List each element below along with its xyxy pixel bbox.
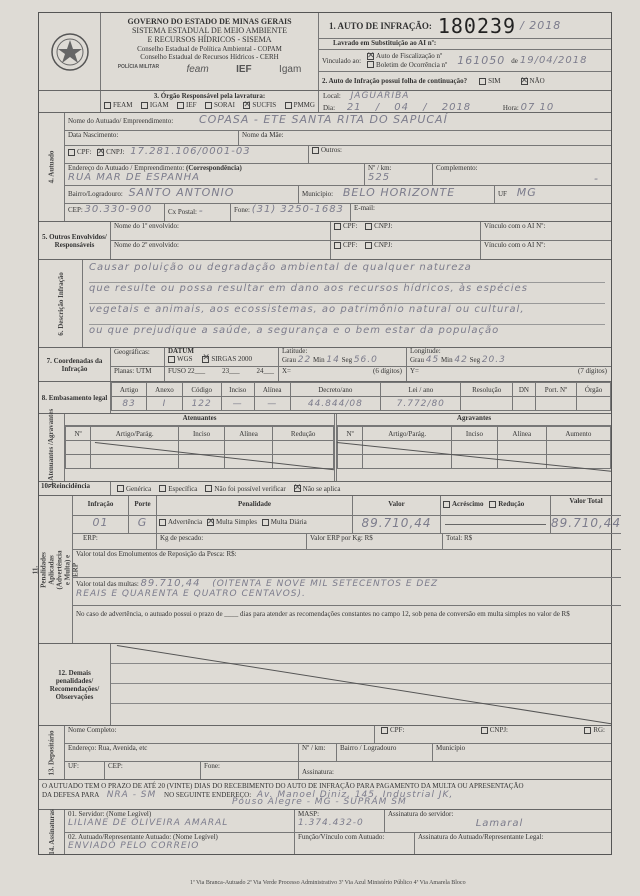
planas-label: Planas: UTM — [111, 367, 165, 381]
cep-label: CEP: — [68, 206, 83, 214]
substituicao-row: Lavrado em Substituição ao AI nº: — [319, 39, 611, 50]
lon-seg-label: Seg — [470, 356, 481, 364]
envolvido2-vinculo-field[interactable]: Vínculo com o AI Nº: — [481, 241, 611, 259]
porte-value: G — [129, 516, 157, 533]
reducao-checkbox[interactable] — [489, 501, 496, 508]
nao-label: NÃO — [530, 77, 545, 85]
prazo-para-value: NRA - SM — [107, 790, 157, 800]
local-label: Local: — [323, 92, 341, 100]
multa-diaria-checkbox[interactable] — [262, 519, 269, 526]
utm-y-field[interactable]: Y=(7 dígitos) — [407, 367, 611, 381]
embasamento-cell[interactable]: — — [254, 397, 290, 411]
checkbox[interactable] — [205, 485, 212, 492]
vinculado-row: Vinculado ao: Auto de Fiscalização nº Bo… — [319, 50, 611, 72]
embasamento-header: Lei / ano — [381, 383, 461, 397]
auto-fiscalizacao-checkbox[interactable] — [367, 53, 374, 60]
reincidencia-option[interactable]: Específica — [159, 485, 197, 493]
igam-checkbox[interactable] — [141, 102, 148, 109]
emolumentos-label: Valor total dos Emolumentos de Reposição… — [76, 550, 237, 558]
auto-label: 1. AUTO DE INFRAÇÃO: — [329, 21, 432, 31]
fone-value: (31) 3250-1683 — [252, 204, 344, 215]
table-header: Alínea — [497, 427, 546, 441]
pm-logo: POLÍCIA MILITAR — [118, 64, 159, 75]
masp-field[interactable]: MASP: 1.374.432-0 — [295, 810, 385, 832]
municipio-field[interactable]: Município: BELO HORIZONTE — [299, 186, 495, 203]
descricao-line-1: Causar poluição ou degradação ambiental … — [89, 262, 605, 283]
reincidencia-options: GenéricaEspecíficaNão foi possível verif… — [111, 485, 611, 493]
embasamento-header: Inciso — [221, 383, 254, 397]
dep-nome-field[interactable]: Nome Completo: — [65, 726, 375, 743]
table-cell[interactable] — [452, 441, 498, 455]
document-page: GOVERNO DO ESTADO DE MINAS GERAIS SISTEM… — [0, 0, 640, 896]
system-title-2: E RECURSOS HÍDRICOS - SISEMA — [104, 35, 315, 44]
advertencia-label: Advertência — [168, 518, 202, 526]
multas-extenso-2: REAIS E QUARENTA E QUATRO CENTAVOS). — [76, 589, 621, 599]
cxpostal-value: - — [199, 204, 204, 217]
atenuantes-section-label: 9. Atenuantes /Agravantes — [39, 414, 65, 481]
dep-uf-field[interactable]: UF: — [65, 762, 105, 779]
reincidencia-option-label: Específica — [168, 485, 197, 493]
penalidade-header: Penalidade — [157, 496, 353, 515]
endereco-label: Endereço do Autuado / Empreendimento: — [68, 164, 184, 172]
envolvido1-vinculo-label: Vínculo com o AI Nº: — [484, 222, 545, 230]
bairro-field[interactable]: Bairro/Logradouro: SANTO ANTONIO — [65, 186, 299, 203]
cpf-checkbox[interactable] — [68, 149, 75, 156]
via-footer-note: 1ª Via Branca-Autuado 2ª Via Verde Proce… — [190, 880, 466, 886]
embasamento-cell[interactable]: 83 — [112, 397, 147, 411]
reincidencia-option-label: Não se aplica — [303, 485, 341, 493]
prazo-text: O AUTUADO TEM O PRAZO DE ATÉ 20 (VINTE) … — [42, 782, 608, 790]
sirgas-checkbox[interactable] — [202, 356, 209, 363]
table-header: Inciso — [179, 427, 224, 441]
fuso24[interactable]: 24___ — [257, 367, 275, 381]
envolvido1-field[interactable]: Nome do 1º envolvido: — [111, 222, 331, 240]
dep-rg-label: RG: — [593, 726, 605, 734]
endereco-value: RUA MAR DE ESPANHA — [68, 172, 364, 183]
embasamento-cell[interactable]: 7.772/80 — [381, 397, 461, 411]
assinatura-servidor-value: Lamaral — [388, 818, 611, 829]
auto-de-infracao-form: GOVERNO DO ESTADO DE MINAS GERAIS SISTEM… — [38, 12, 612, 855]
feam-label: FEAM — [113, 101, 132, 109]
outros-section-label: 5. Outros Envolvidos/ Responsáveis — [39, 222, 111, 259]
email-label: E-mail: — [354, 204, 375, 212]
table-header: Aumento — [546, 427, 610, 441]
sim-checkbox[interactable] — [479, 78, 486, 85]
nome-autuado-field[interactable]: Nome do Autuado/ Empreendimento: COPASA … — [65, 113, 611, 131]
dia-value: 21 / 04 / 2018 — [347, 102, 471, 113]
multas-label: Valor total das multas: — [76, 580, 139, 588]
ief-logo: IEF — [236, 64, 252, 75]
auto-info: 1. AUTO DE INFRAÇÃO: 180239 / 2018 Lavra… — [319, 13, 611, 90]
bairro-label: Bairro/Logradouro: — [68, 190, 123, 198]
hora-label: Hora: — [503, 104, 519, 112]
utm-x-field[interactable]: X=(6 dígitos) — [279, 367, 407, 381]
envolvido2-cpf-label: CPF: — [343, 241, 357, 249]
boletim-label: Boletim de Ocorrência nº — [376, 61, 447, 69]
dep-municipio-field[interactable]: Município — [433, 744, 611, 761]
table-header: Nº — [338, 427, 363, 441]
descricao-section-label: 6. Descrição Infração — [39, 260, 83, 347]
x-label: X= — [282, 367, 291, 381]
auto-number-row: 1. AUTO DE INFRAÇÃO: 180239 / 2018 — [319, 13, 611, 39]
numero-value: 525 — [368, 172, 432, 183]
auto-fiscalizacao-date: 19/04/2018 — [520, 55, 588, 66]
embasamento-table: ArtigoAnexoCódigoIncisoAlíneaDecreto/ano… — [111, 382, 611, 411]
municipio-label: Município: — [302, 190, 333, 198]
table-cell[interactable] — [363, 455, 452, 469]
sorai-label: SORAI — [214, 101, 235, 109]
dep-num-field[interactable]: Nº / km: — [299, 744, 337, 761]
wgs-label: WGS — [177, 355, 193, 363]
total-erp-field[interactable]: Total: R$ — [443, 534, 621, 549]
table-row — [338, 441, 611, 455]
uf-field[interactable]: UF MG — [495, 186, 611, 203]
nome-autuado-label: Nome do Autuado/ Empreendimento: — [68, 117, 173, 125]
table-cell[interactable] — [91, 455, 179, 469]
table-row — [66, 455, 334, 469]
embasamento-header: Anexo — [147, 383, 183, 397]
fone-label: Fone: — [234, 206, 250, 214]
lat-grau: 22 — [298, 355, 311, 365]
pmmg-checkbox[interactable] — [285, 102, 292, 109]
table-header: Nº — [66, 427, 91, 441]
igam-logo: Igam — [279, 64, 301, 75]
assinatura-servidor-field[interactable]: Assinatura do servidor: Lamaral — [385, 810, 611, 832]
embasamento-cell[interactable]: 122 — [182, 397, 221, 411]
demais-section-label: 12. Demais penalidades/ Recomendações/ O… — [39, 644, 111, 725]
autuado-rep-field[interactable]: 02. Autuado/Representante Autuado: (Nome… — [65, 833, 295, 855]
valor-total-value: 89.710,44 — [551, 516, 621, 533]
table-cell[interactable] — [546, 441, 610, 455]
dep-rg-checkbox[interactable] — [584, 727, 591, 734]
embasamento-header: Port. Nº — [535, 383, 576, 397]
dep-cpf-checkbox[interactable] — [381, 727, 388, 734]
cpf-cnpj-field[interactable]: CPF: CNPJ: 17.281.106/0001-03 — [65, 146, 309, 163]
emolumentos-field[interactable]: Valor total dos Emolumentos de Reposição… — [73, 550, 621, 578]
feam-checkbox[interactable] — [104, 102, 111, 109]
descricao-line-3: vegetais e animais, aos ecossistemas, ao… — [89, 304, 605, 325]
system-title: SISTEMA ESTADUAL DE MEIO AMBIENTE — [104, 26, 315, 35]
nascimento-field[interactable]: Data Nascimento: — [65, 131, 239, 145]
nome-mae-field[interactable]: Nome da Mãe: — [239, 131, 611, 145]
table-cell[interactable] — [66, 455, 91, 469]
dep-fone-field[interactable]: Fone: — [201, 762, 299, 779]
feam-logo: feam — [186, 64, 208, 75]
autuado-rep-label: 02. Autuado/Representante Autuado: (Nome… — [68, 833, 294, 841]
embasamento-header: Órgão — [577, 383, 611, 397]
acrescimo-checkbox[interactable] — [443, 501, 450, 508]
multas-extenso: (OITENTA E NOVE MIL SETECENTOS E DEZ — [212, 579, 438, 589]
cnpj-value: 17.281.106/0001-03 — [130, 146, 250, 157]
agency-logos: POLÍCIA MILITAR feam IEF Igam — [104, 64, 315, 75]
orgao-title: 3. Órgão Responsável pela lavratura: — [104, 92, 315, 100]
mae-label: Nome da Mãe: — [242, 131, 284, 139]
outros-field[interactable]: Outros: — [309, 146, 611, 163]
valor-total-header: Valor Total — [551, 496, 621, 515]
email-field[interactable]: E-mail: — [351, 204, 611, 221]
embasamento-cell[interactable] — [513, 397, 536, 411]
sorai-checkbox[interactable] — [205, 102, 212, 109]
dia-label: Dia: — [323, 104, 335, 112]
lat-seg-label: Seg — [342, 356, 353, 364]
lat-grau-label: Grau — [282, 356, 296, 364]
dep-cnpj-label: CNPJ: — [490, 726, 508, 734]
table-header: Inciso — [452, 427, 498, 441]
embasamento-cell[interactable]: — — [221, 397, 254, 411]
infracao-header: Infração — [73, 496, 129, 515]
table-header: Artigo/Parág. — [363, 427, 452, 441]
orgao-section: 3. Órgão Responsável pela lavratura: FEA… — [101, 91, 319, 112]
y-digits: (7 dígitos) — [578, 367, 607, 381]
bairro-value: SANTO ANTONIO — [129, 186, 235, 199]
envolvido2-cnpj-label: CNPJ: — [374, 241, 392, 249]
geograficas-label: Geográficas: — [111, 348, 165, 366]
cxpostal-field[interactable]: Cx Postal: - — [165, 204, 231, 221]
municipio-value: BELO HORIZONTE — [343, 186, 455, 199]
prazo-text2: DA DEFESA PARA — [42, 791, 99, 799]
envolvido1-cpf-label: CPF: — [343, 222, 357, 230]
embasamento-header: Artigo — [112, 383, 147, 397]
gov-title: GOVERNO DO ESTADO DE MINAS GERAIS — [104, 17, 315, 26]
cep-value: 30.330-900 — [85, 204, 153, 215]
autuado-rep-value: ENVIADO PELO CORREIO — [68, 841, 294, 851]
complemento-label: Complemento: — [436, 164, 478, 172]
agravantes-table: NºArtigo/Parág.IncisoAlíneaAumento — [337, 426, 611, 469]
reducao-label: Redução — [498, 500, 524, 508]
envolvido1-label: Nome do 1º envolvido: — [114, 222, 179, 230]
nascimento-label: Data Nascimento: — [68, 131, 118, 139]
fuso23[interactable]: 23___ — [222, 367, 240, 381]
boletim-checkbox[interactable] — [367, 61, 374, 68]
cnpj-checkbox[interactable] — [97, 149, 104, 156]
embasamento-cell[interactable]: I — [147, 397, 183, 411]
latitude-field[interactable]: Latitude: Grau 22 Min 14 Seg 56.0 — [279, 348, 407, 366]
reincidencia-option[interactable]: Não foi possível verificar — [205, 485, 285, 493]
embasamento-header: Alínea — [254, 383, 290, 397]
assinatura-servidor-label: Assinatura do servidor: — [388, 810, 611, 818]
embasamento-header: Decreto/ano — [290, 383, 381, 397]
embasamento-cell[interactable] — [577, 397, 611, 411]
demais-field[interactable] — [111, 644, 611, 725]
cep-field[interactable]: CEP: 30.330-900 — [65, 204, 165, 221]
cxpostal-label: Cx Postal: — [168, 208, 197, 216]
porte-header: Porte — [129, 496, 157, 515]
lon-seg: 20.3 — [482, 355, 506, 365]
lat-min-label: Min — [313, 356, 325, 364]
nome-autuado-value: COPASA - ETE SANTA RITA DO SAPUCAÍ — [199, 113, 448, 126]
auto-number: 180239 — [438, 14, 516, 38]
lat-min: 14 — [326, 355, 339, 365]
pmmg-label: PMMG — [294, 101, 315, 109]
envolvido2-cnpj-checkbox[interactable] — [365, 242, 372, 249]
table-header: Alínea — [224, 427, 273, 441]
endereco-field[interactable]: Endereço do Autuado / Empreendimento: (C… — [65, 164, 365, 185]
ief-label: IEF — [186, 101, 197, 109]
outros-label: Outros: — [321, 146, 342, 154]
lon-grau: 45 — [426, 355, 439, 365]
envolvido2-label: Nome do 2º envolvido: — [114, 241, 179, 249]
fuso22[interactable]: FUSO 22___ — [168, 367, 205, 381]
dep-assinatura-field[interactable]: Assinatura: — [299, 762, 611, 779]
masp-label: MASP: — [298, 810, 384, 818]
multas-value: 89.710,44 — [141, 578, 201, 589]
acrescimo-label: Acréscimo — [452, 500, 483, 508]
wgs-checkbox[interactable] — [168, 356, 175, 363]
local-value: JAGUARIBA — [351, 91, 410, 101]
kg-pescado-field[interactable]: Kg de pescado: — [157, 534, 307, 549]
descricao-line-2: que resulte ou possa resultar em dano ao… — [89, 283, 605, 304]
dep-cnpj-checkbox[interactable] — [481, 727, 488, 734]
longitude-label: Longitude: — [410, 348, 611, 356]
coordenadas-section-label: 7. Coordenadas da Infração — [39, 348, 111, 381]
servidor-label: 01. Servidor: (Nome Legível) — [68, 810, 294, 818]
table-header: Redução — [273, 427, 334, 441]
embasamento-header: Resolução — [461, 383, 513, 397]
header-titles: GOVERNO DO ESTADO DE MINAS GERAIS SISTEM… — [101, 13, 319, 90]
multa-simples-label: Multa Simples — [216, 518, 257, 526]
lon-min-label: Min — [441, 356, 453, 364]
advertencia-checkbox[interactable] — [159, 519, 166, 526]
continuacao-row: 2. Auto de Infração possui folha de cont… — [319, 72, 611, 90]
igam-label: IGAM — [150, 101, 169, 109]
longitude-field[interactable]: Longitude: Grau 45 Min 42 Seg 20.3 — [407, 348, 611, 366]
outros-checkbox[interactable] — [312, 147, 319, 154]
sim-label: SIM — [488, 77, 500, 85]
multa-diaria-label: Multa Diária — [271, 518, 307, 526]
envolvido2-vinculo-label: Vínculo com o AI Nº: — [484, 241, 545, 249]
continuacao-label: 2. Auto de Infração possui folha de cont… — [322, 77, 467, 85]
cnpj-label: CNPJ: — [106, 148, 124, 156]
numero-field[interactable]: Nº / km: 525 — [365, 164, 433, 185]
masp-value: 1.374.432-0 — [298, 818, 384, 828]
auto-fiscalizacao-label: Auto de Fiscalização nº — [376, 52, 442, 60]
dep-cpf-label: CPF: — [390, 726, 404, 734]
servidor-value: LILIANE DE OLIVEIRA AMARAL — [68, 818, 294, 828]
council-2: Conselho Estadual de Recursos Hídricos -… — [104, 53, 315, 61]
autuado-section-label: 4. Autuado — [39, 113, 65, 221]
coat-of-arms — [39, 13, 101, 90]
agravantes-title: Agravantes — [337, 414, 611, 426]
embasamento-cell[interactable]: 44.844/08 — [290, 397, 381, 411]
lon-grau-label: Grau — [410, 356, 424, 364]
table-cell[interactable] — [273, 441, 334, 455]
assinatura-autuado-field[interactable]: Assinatura do Autuado/Representante Lega… — [415, 833, 611, 855]
sucfis-checkbox[interactable] — [243, 102, 250, 109]
valor-header: Valor — [353, 496, 441, 515]
penalidades-section-label: 11. Penalidades Aplicadas (Advertência e… — [39, 496, 73, 643]
valor-multas-field[interactable]: Valor total das multas: 89.710,44 (OITEN… — [73, 578, 621, 606]
uf-value: MG — [517, 186, 537, 199]
envolvido1-vinculo-field[interactable]: Vínculo com o AI Nº: — [481, 222, 611, 240]
infracao-value: 01 — [73, 516, 129, 533]
checkbox[interactable] — [294, 485, 301, 492]
envolvido2-field[interactable]: Nome do 2º envolvido: — [111, 241, 331, 259]
auto-fiscalizacao-value: 161050 — [457, 54, 505, 67]
funcao-field[interactable]: Função/Vínculo com Autuado: — [295, 833, 415, 855]
descricao-field[interactable]: Causar poluição ou degradação ambiental … — [83, 260, 611, 347]
x-digits: (6 dígitos) — [373, 367, 402, 381]
nao-checkbox[interactable] — [521, 78, 528, 85]
lon-min: 42 — [454, 355, 467, 365]
table-header: Artigo/Parág. — [91, 427, 179, 441]
prazo-section: O AUTUADO TEM O PRAZO DE ATÉ 20 (VINTE) … — [39, 780, 611, 810]
valor-value: 89.710,44 — [353, 516, 441, 533]
checkbox[interactable] — [159, 485, 166, 492]
embasamento-cell[interactable] — [461, 397, 513, 411]
envolvido2-cpf-checkbox[interactable] — [334, 242, 341, 249]
complemento-field[interactable]: Complemento: - — [433, 164, 611, 185]
reincidencia-option[interactable]: Genérica — [117, 485, 151, 493]
table-cell[interactable] — [338, 455, 363, 469]
embasamento-header: DN — [513, 383, 536, 397]
endereco-bold: (Correspondência) — [186, 164, 242, 172]
multa-simples-checkbox[interactable] — [207, 519, 214, 526]
dep-endereco-field[interactable]: Endereço: Rua, Avenida, etc — [65, 744, 299, 761]
embasamento-header: Código — [182, 383, 221, 397]
envolvido1-cpf-checkbox[interactable] — [334, 223, 341, 230]
reincidencia-label: 10. Reincidência — [39, 482, 111, 495]
envolvido1-cnpj-checkbox[interactable] — [365, 223, 372, 230]
erp-label: ERP: — [73, 534, 157, 549]
cpf-label: CPF: — [77, 148, 91, 156]
dep-cep-field[interactable]: CEP: — [105, 762, 201, 779]
servidor-field[interactable]: 01. Servidor: (Nome Legível) LILIANE DE … — [65, 810, 295, 832]
fone-field[interactable]: Fone: (31) 3250-1683 — [231, 204, 351, 221]
envolvido1-cnpj-label: CNPJ: — [374, 222, 392, 230]
atenuantes-title: Atenuantes — [65, 414, 334, 426]
checkbox[interactable] — [117, 485, 124, 492]
ief-checkbox[interactable] — [177, 102, 184, 109]
advertencia-text: No caso de advertência, o autuado possui… — [73, 606, 621, 643]
complemento-value: - — [436, 172, 611, 185]
reincidencia-option-label: Genérica — [126, 485, 151, 493]
council-1: Conselho Estadual de Política Ambiental … — [104, 45, 315, 53]
substituicao-label: Lavrado em Substituição ao AI nº: — [333, 39, 436, 47]
coat-of-arms-icon — [48, 28, 92, 76]
hora-value: 07 10 — [521, 102, 555, 113]
table-cell[interactable] — [66, 441, 91, 455]
numero-label: Nº / km: — [368, 164, 392, 172]
table-cell[interactable] — [224, 441, 273, 455]
descricao-line-4: ou que prejudique a saúde, a segurança e… — [89, 325, 605, 345]
embasamento-cell[interactable] — [535, 397, 576, 411]
auto-year: / 2018 — [520, 19, 561, 32]
date-label: de — [511, 57, 518, 65]
vinculado-label: Vinculado ao: — [322, 57, 361, 65]
y-label: Y= — [410, 367, 419, 381]
reincidencia-option[interactable]: Não se aplica — [294, 485, 341, 493]
depositario-section-label: 13. Depositário — [39, 726, 65, 779]
valor-erp-field[interactable]: Valor ERP por Kg: R$ — [307, 534, 443, 549]
reincidencia-option-label: Não foi possível verificar — [214, 485, 285, 493]
uf-label: UF — [498, 190, 507, 198]
table-cell[interactable] — [497, 441, 546, 455]
lat-seg: 56.0 — [354, 355, 378, 365]
atenuantes-table: NºArtigo/Parág.IncisoAlíneaRedução — [65, 426, 334, 469]
local-data: Local: JAGUARIBA Dia: 21 / 04 / 2018 Hor… — [319, 91, 611, 112]
sucfis-label: SUCFIS — [252, 101, 276, 109]
dep-bairro-field[interactable]: Bairro / Logradouro — [337, 744, 433, 761]
assinaturas-section-label: 14. Assinaturas — [39, 810, 65, 854]
sirgas-label: SIRGAS 2000 — [211, 355, 252, 363]
